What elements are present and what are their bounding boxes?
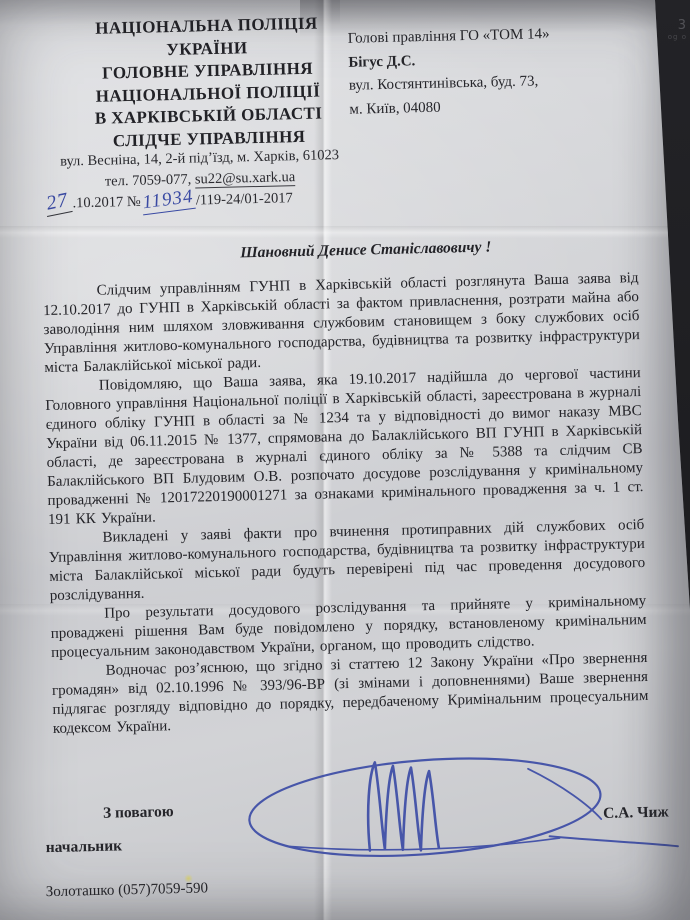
handwritten-reg-number: 11934 [141, 186, 197, 216]
paragraph: Водночас роз’яснюю, що згідно зі статтею… [51, 649, 649, 739]
letter-content: НАЦІОНАЛЬНА ПОЛІЦІЯ УКРАЇНИ ГОЛОВНЕ УПРА… [0, 0, 690, 920]
paragraph: Викладені у заяві факти про вчинення про… [48, 516, 646, 606]
recipient-block: Голові правління ГО «ТОМ 14» Бігус Д.С. … [348, 21, 650, 122]
registration-line: 27.10.2017 №11934/119-24/01-2017 [44, 185, 293, 215]
salutation: Шановний Денисе Станіславовичу ! [146, 236, 586, 264]
executor-contact: Золоташко (057)7059-590 [46, 880, 209, 901]
background-faint-text: og o [668, 33, 687, 41]
letterhead-org-block: НАЦІОНАЛЬНА ПОЛІЦІЯ УКРАЇНИ ГОЛОВНЕ УПРА… [56, 12, 359, 154]
printed-date: .10.2017 № [72, 194, 141, 212]
paragraph: Слідчим управлінням ГУНП в Харківській о… [42, 269, 640, 378]
paragraph: Повідомляю, що Ваша заява, яка 19.10.201… [45, 364, 644, 530]
letter-body: Слідчим управлінням ГУНП в Харківській о… [42, 269, 649, 739]
photo-scene: 3 og o НАЦІОНАЛЬНА ПОЛІЦІЯ УКРАЇНИ ГОЛОВ… [0, 0, 690, 920]
signature-title: начальник [46, 837, 123, 857]
handwritten-day: 27 [42, 188, 72, 217]
letter-paper: НАЦІОНАЛЬНА ПОЛІЦІЯ УКРАЇНИ ГОЛОВНЕ УПРА… [0, 0, 690, 920]
background-faint-digit: 3 [678, 18, 686, 33]
signature-closing: З повагою [103, 803, 174, 823]
printed-reg-suffix: /119-24/01-2017 [196, 190, 293, 208]
handwritten-signature [227, 725, 690, 881]
